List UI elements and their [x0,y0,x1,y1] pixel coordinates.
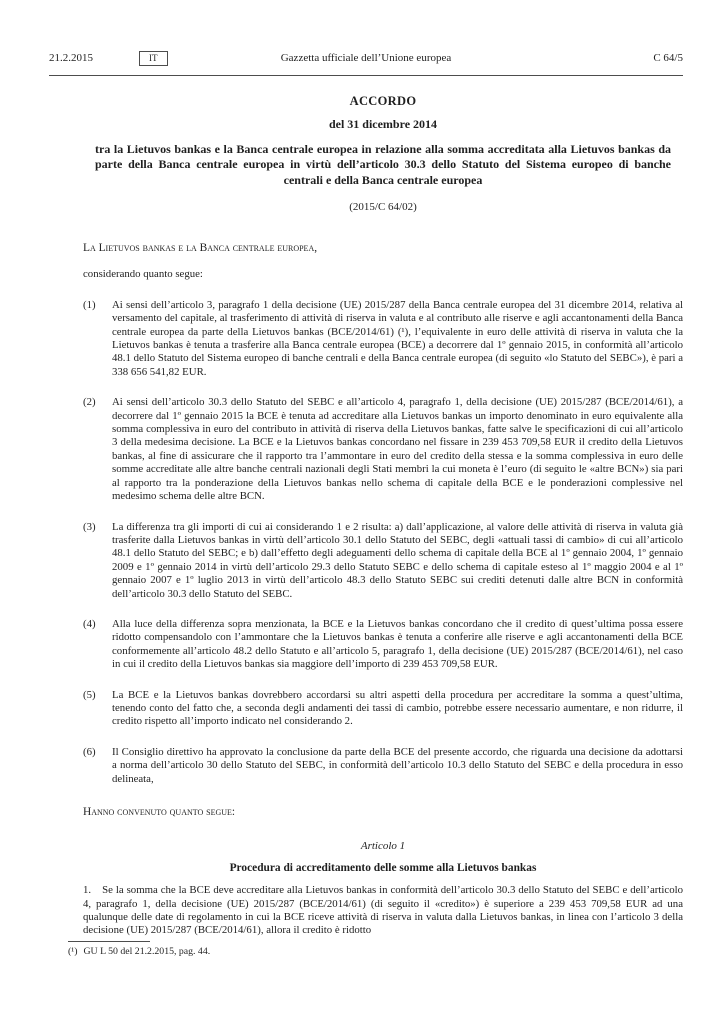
recital-number: (1) [83,299,96,312]
recital-1: (1) Ai sensi dell’articolo 3, paragrafo … [83,299,683,379]
recital-4: (4) Alla luce della differenza sopra men… [83,618,683,672]
recital-3: (3) La differenza tra gli importi di cui… [83,521,683,601]
page-header: 21.2.2015 IT Gazzetta ufficiale dell’Uni… [49,50,683,66]
doc-subtitle: tra la Lietuvos bankas e la Banca centra… [83,142,683,189]
page-reference: C 64/5 [653,52,683,64]
document-page: 21.2.2015 IT Gazzetta ufficiale dell’Uni… [0,0,725,1024]
footnote-marker: (¹) [68,946,83,957]
recital-text: La BCE e la Lietuvos bankas dovrebbero a… [112,689,683,728]
recital-text: Il Consiglio direttivo ha approvato la c… [112,746,683,785]
doc-date: del 31 dicembre 2014 [83,118,683,131]
article-1-paragraph: 1.Se la somma che la BCE deve accreditar… [83,884,683,938]
recital-number: (2) [83,396,96,409]
recital-number: (3) [83,521,96,534]
article-1-label: Articolo 1 [83,840,683,853]
recital-number: (5) [83,689,96,702]
recital-text: Ai sensi dell’articolo 3, paragrafo 1 de… [112,299,683,378]
paragraph-number: 1. [83,884,102,896]
footnote-text: GU L 50 del 21.2.2015, pag. 44. [83,946,210,957]
footnote-rule [68,941,150,942]
recital-number: (4) [83,618,96,631]
header-date: 21.2.2015 [49,52,93,64]
footnote-area: (¹)GU L 50 del 21.2.2015, pag. 44. [68,941,210,958]
language-badge: IT [139,51,168,66]
document-body: ACCORDO del 31 dicembre 2014 tra la Liet… [83,95,683,938]
paragraph-text: Se la somma che la BCE deve accreditare … [83,884,683,936]
recital-2: (2) Ai sensi dell’articolo 30.3 dello St… [83,396,683,503]
article-1-title: Procedura di accreditamento delle somme … [83,862,683,875]
recital-number: (6) [83,746,96,759]
agreement-clause: Hanno convenuto quanto segue: [83,806,683,819]
recital-text: Ai sensi dell’articolo 30.3 dello Statut… [112,396,683,502]
recital-5: (5) La BCE e la Lietuvos bankas dovrebbe… [83,689,683,729]
recitals-list: (1) Ai sensi dell’articolo 3, paragrafo … [83,299,683,786]
header-rule [49,75,683,76]
recital-6: (6) Il Consiglio direttivo ha approvato … [83,746,683,786]
doc-reference: (2015/C 64/02) [83,201,683,214]
doc-type-title: ACCORDO [83,95,683,108]
recital-text: Alla luce della differenza sopra menzion… [112,618,683,670]
preamble-intro: considerando quanto segue: [83,268,683,281]
preamble-parties: La Lietuvos bankas e la Banca centrale e… [83,242,683,255]
recital-text: La differenza tra gli importi di cui ai … [112,521,683,600]
